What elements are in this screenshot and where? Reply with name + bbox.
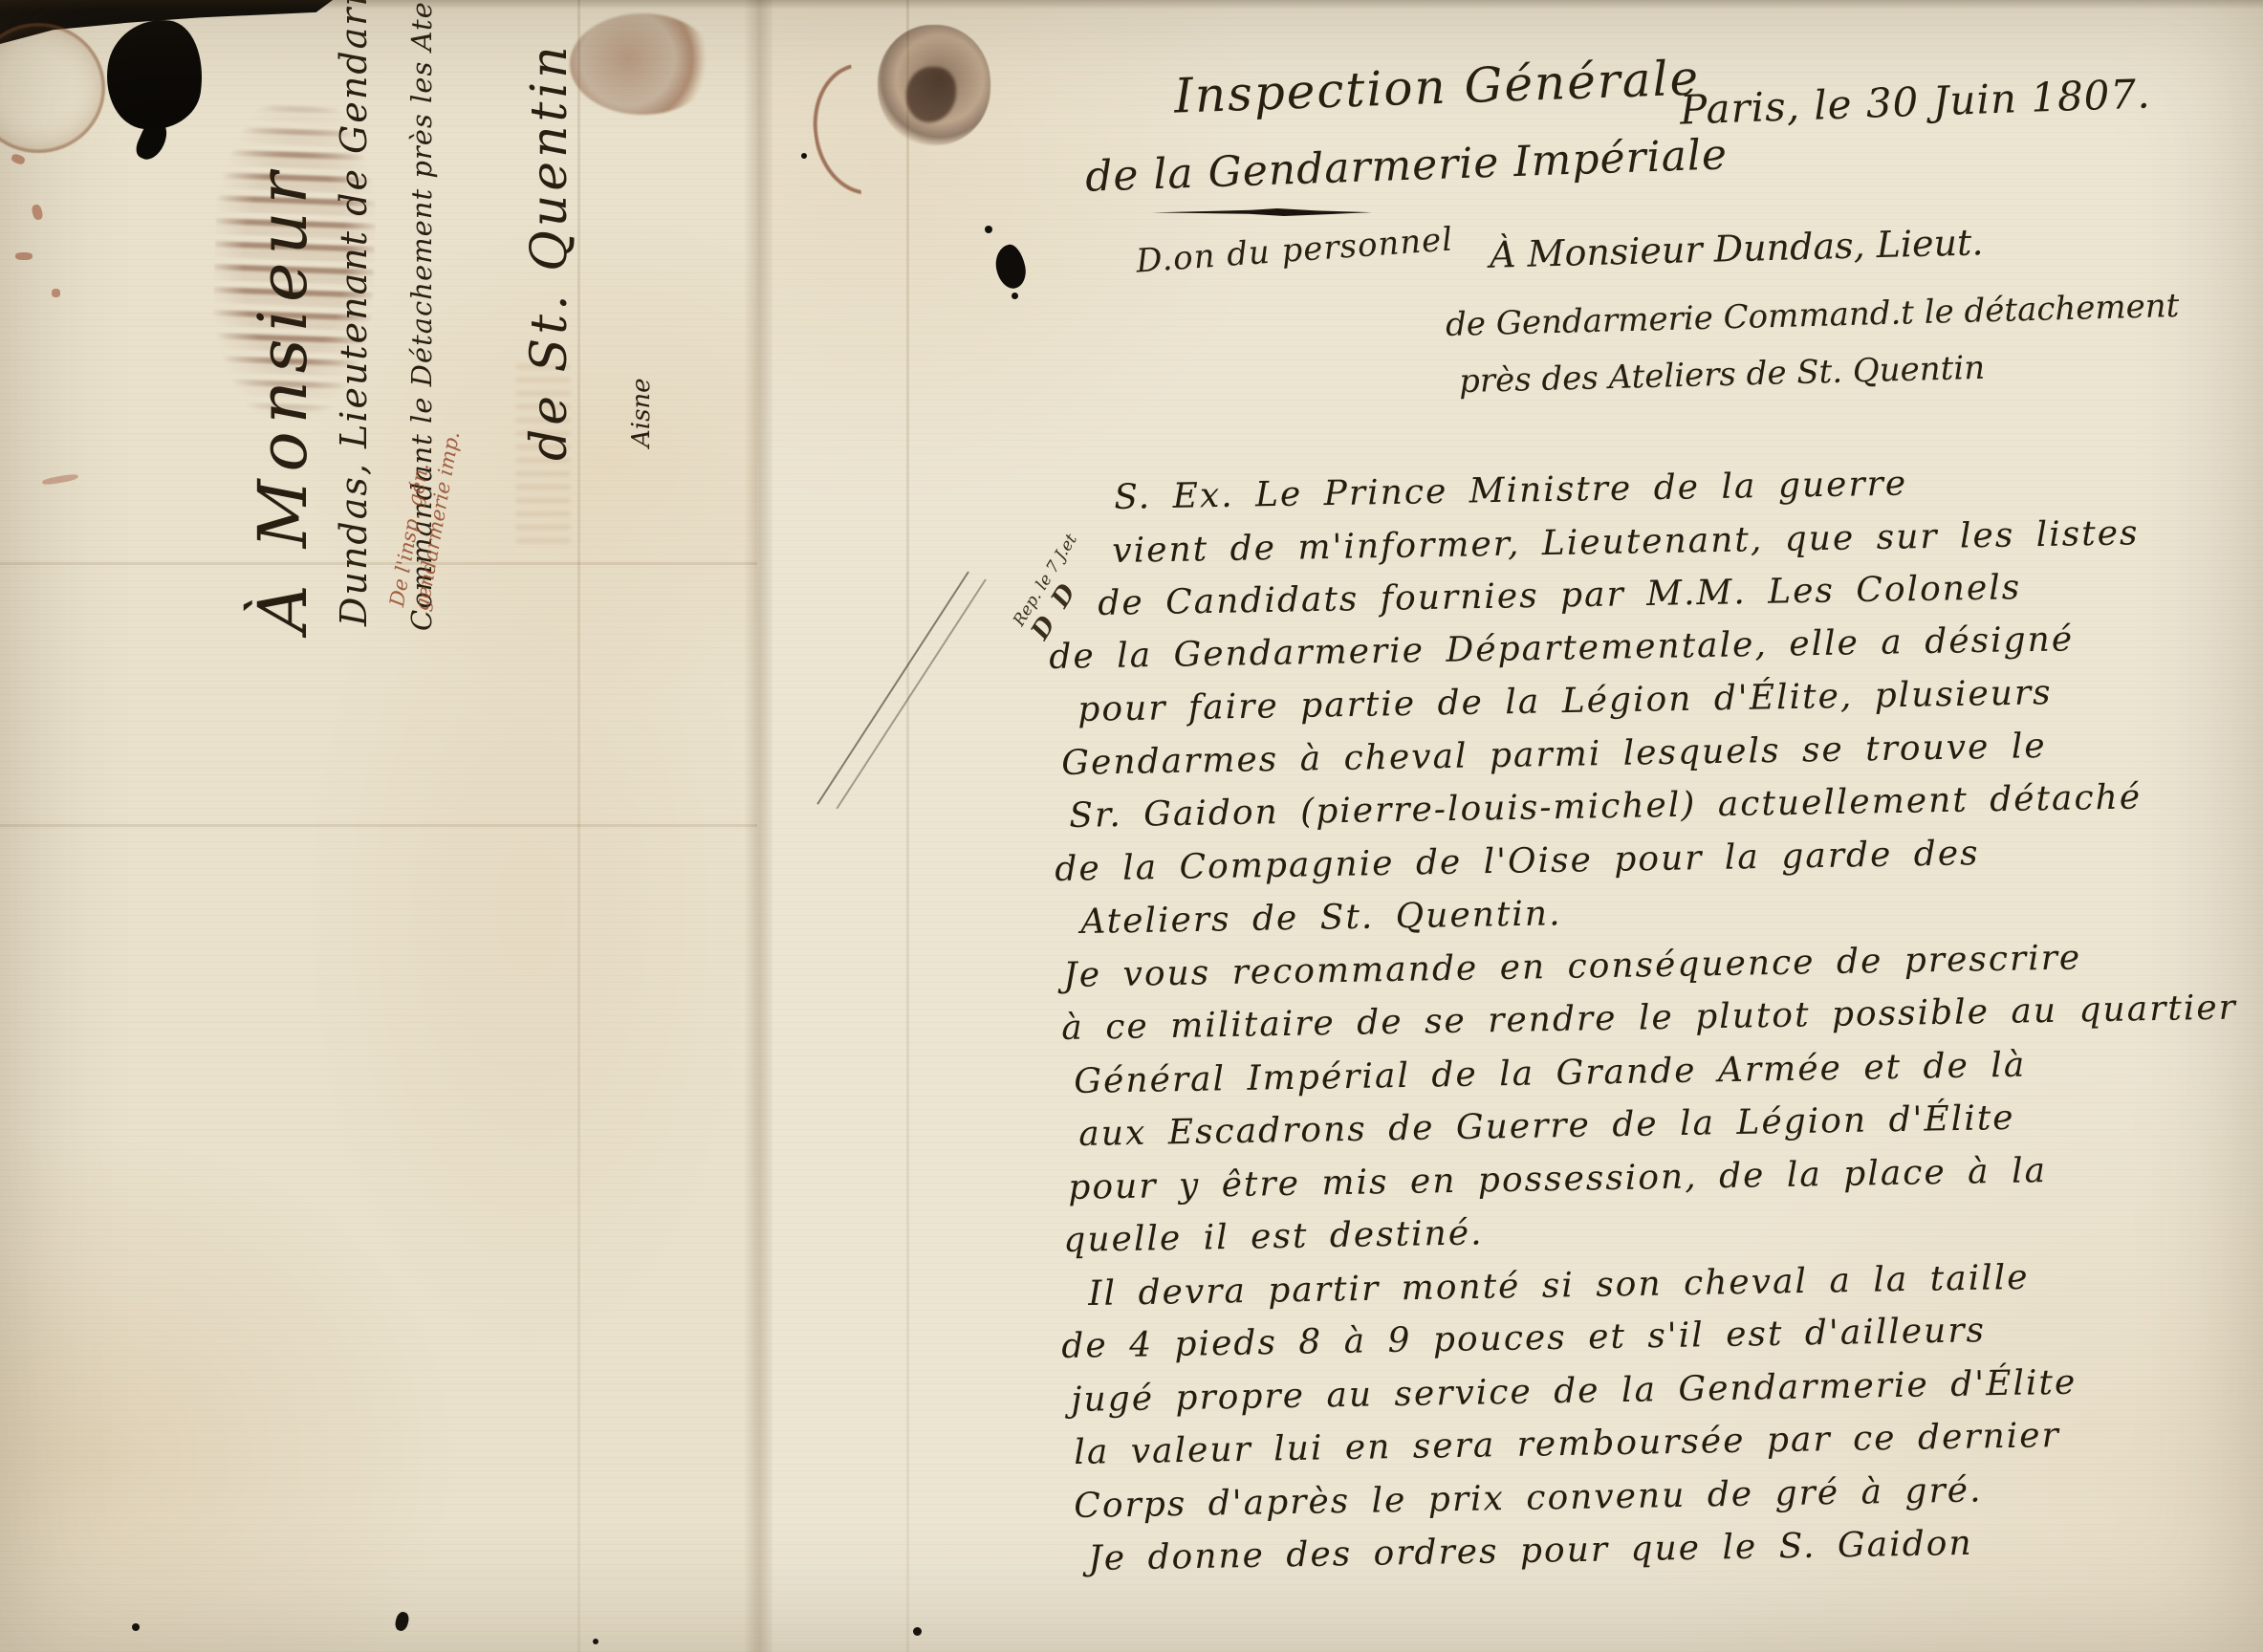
fold-crease — [0, 562, 757, 565]
address-line-aisne: Aisne — [627, 340, 656, 447]
body-line: Ateliers de St. Quentin. — [1080, 894, 1562, 942]
fold-crease — [906, 0, 909, 1652]
red-ink-speck — [15, 252, 33, 260]
wax-seal-remnant — [99, 13, 209, 137]
ink-dot — [1012, 293, 1018, 299]
round-postmark-blot — [570, 13, 715, 115]
ink-dot — [593, 1639, 598, 1644]
red-ink-speck — [31, 204, 44, 221]
red-ink-speck — [11, 153, 26, 165]
scan-top-edge-shadow — [0, 0, 2263, 10]
circular-postmark-stamp — [0, 23, 105, 153]
address-line-dundas: Dundas, Lieutenant de Gendarmerie — [333, 22, 375, 626]
red-ink-annotation: De l'insp. gén. gendarmerie imp. — [384, 425, 465, 613]
scanned-letter: À Monsieur Dundas, Lieutenant de Gendarm… — [0, 0, 2263, 1652]
ink-dot — [913, 1627, 922, 1636]
body-line: quelle il est destiné. — [1063, 1213, 1484, 1260]
address-panel: À Monsieur Dundas, Lieutenant de Gendarm… — [0, 0, 757, 1652]
ink-dot — [985, 226, 992, 233]
address-line-st-quentin: de St. Quentin — [521, 115, 578, 461]
ink-dot — [132, 1623, 140, 1631]
red-ink-dash — [42, 473, 79, 486]
red-ink-speck — [52, 289, 60, 297]
page-fold-seam — [744, 0, 772, 1652]
fold-crease — [0, 824, 757, 827]
address-line-monsieur: À Monsieur — [244, 155, 322, 633]
ink-dot — [801, 153, 807, 159]
